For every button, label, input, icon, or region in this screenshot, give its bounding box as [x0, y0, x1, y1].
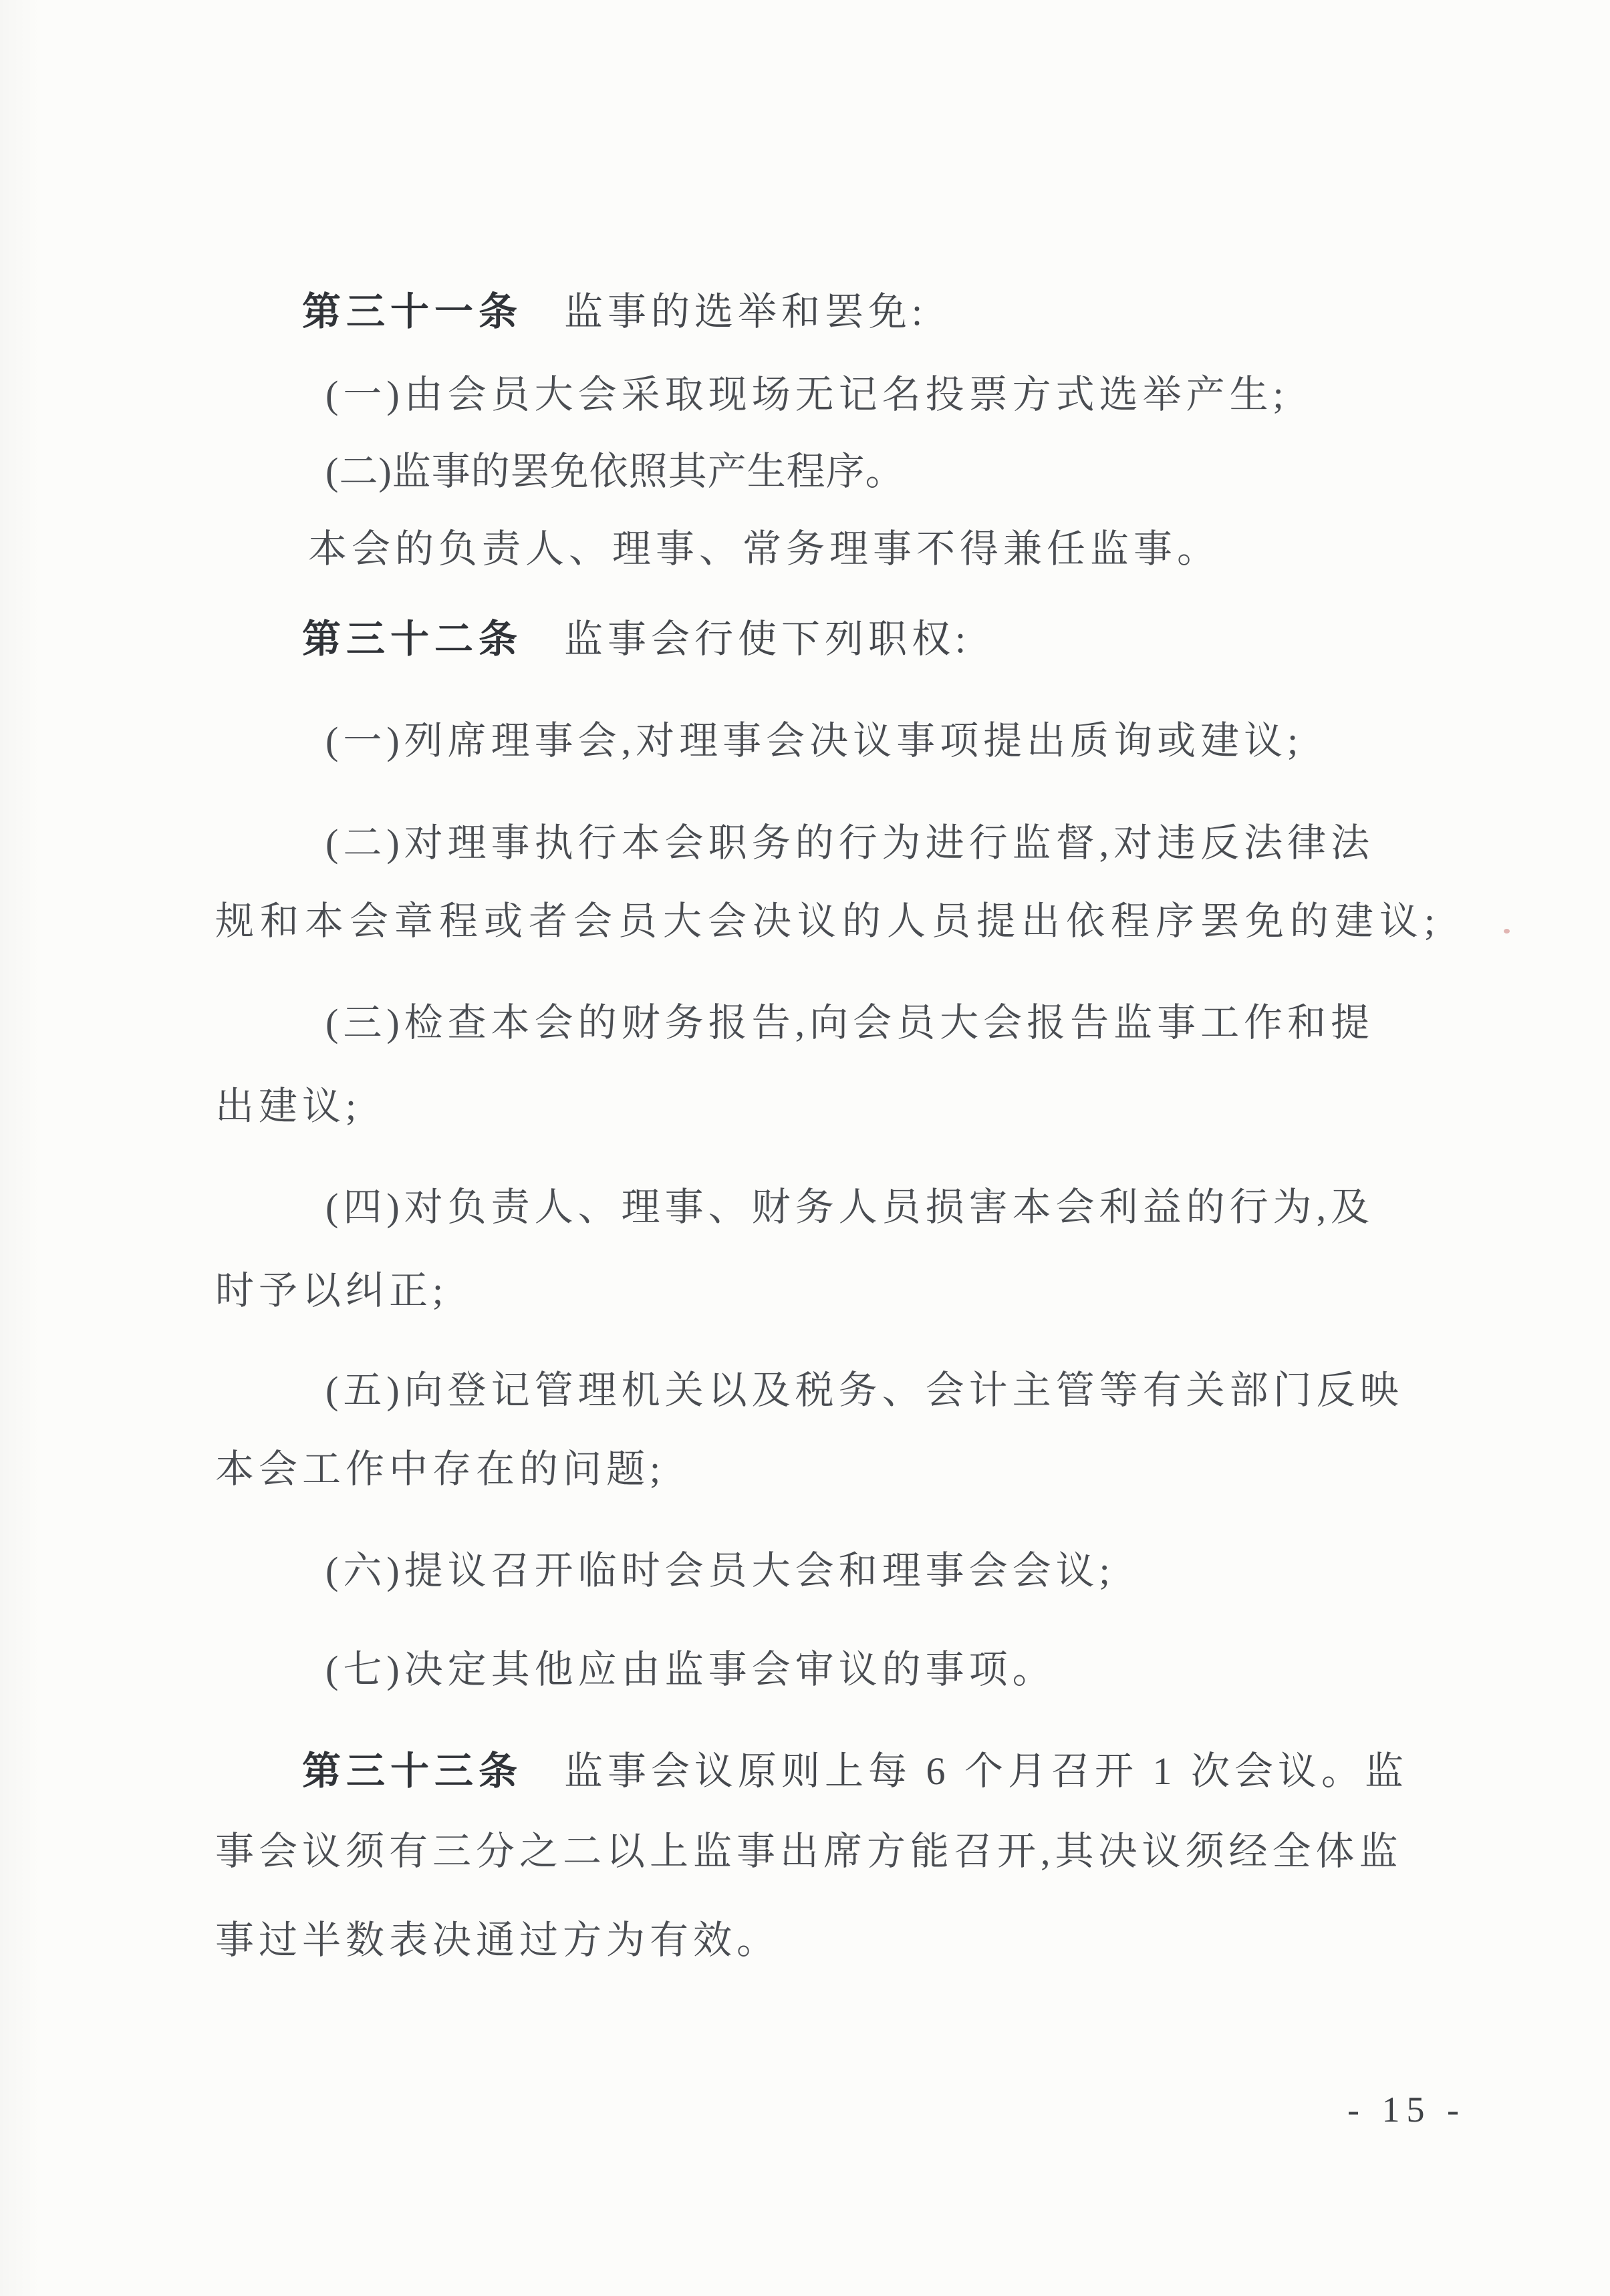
scan-artifact-speck: [1504, 929, 1510, 934]
article-32-item-4-line-2: 时予以纠正;: [215, 1272, 448, 1310]
article-number: 第三十三条: [302, 1749, 523, 1793]
article-32-item-2-line-2: 规和本会章程或者会员大会决议的人员提出依程序罢免的建议;: [215, 902, 1441, 941]
article-32-item-4-line-1: (四)对负责人、理事、财务人员损害本会利益的行为,及: [325, 1188, 1374, 1227]
article-32-item-3-line-2: 出建议;: [215, 1087, 361, 1126]
article-number: 第三十一条: [302, 290, 523, 333]
article-32-item-2-line-1: (二)对理事执行本会职务的行为进行监督,对违反法律法: [325, 824, 1374, 863]
article-heading-text: 监事会议原则上每 6 个月召开 1 次会议。监: [564, 1749, 1408, 1793]
article-33-line-3: 事过半数表决通过方为有效。: [215, 1921, 780, 1960]
article-31-item-2: (二)监事的罢免依照其产生程序。: [325, 452, 905, 491]
article-number: 第三十二条: [302, 617, 523, 661]
article-31-item-1: (一)由会员大会采取现场无记名投票方式选举产生;: [325, 376, 1289, 414]
article-32-item-6: (六)提议召开临时会员大会和理事会会议;: [325, 1552, 1115, 1590]
article-heading-text: 监事的选举和罢免:: [564, 290, 927, 333]
article-32-item-5-line-2: 本会工作中存在的问题;: [215, 1450, 665, 1489]
article-33-heading: 第三十三条监事会议原则上每 6 个月召开 1 次会议。监: [302, 1752, 1408, 1791]
article-31-heading: 第三十一条监事的选举和罢免:: [302, 293, 927, 331]
article-heading-text: 监事会行使下列职权:: [564, 617, 970, 661]
article-32-item-1: (一)列席理事会,对理事会决议事项提出质询或建议;: [325, 722, 1303, 760]
scanned-document-page: 第三十一条监事的选举和罢免: (一)由会员大会采取现场无记名投票方式选举产生; …: [0, 0, 1610, 2296]
article-32-heading: 第三十二条监事会行使下列职权:: [302, 620, 970, 659]
page-number: - 15 -: [1347, 2089, 1466, 2130]
article-32-item-5-line-1: (五)向登记管理机关以及税务、会计主管等有关部门反映: [325, 1371, 1403, 1410]
article-32-item-3-line-1: (三)检查本会的财务报告,向会员大会报告监事工作和提: [325, 1004, 1374, 1042]
article-33-line-2: 事会议须有三分之二以上监事出席方能召开,其决议须经全体监: [215, 1832, 1403, 1871]
article-32-item-7: (七)决定其他应由监事会审议的事项。: [325, 1651, 1056, 1689]
article-31-paragraph: 本会的负责人、理事、常务理事不得兼任监事。: [308, 530, 1220, 569]
